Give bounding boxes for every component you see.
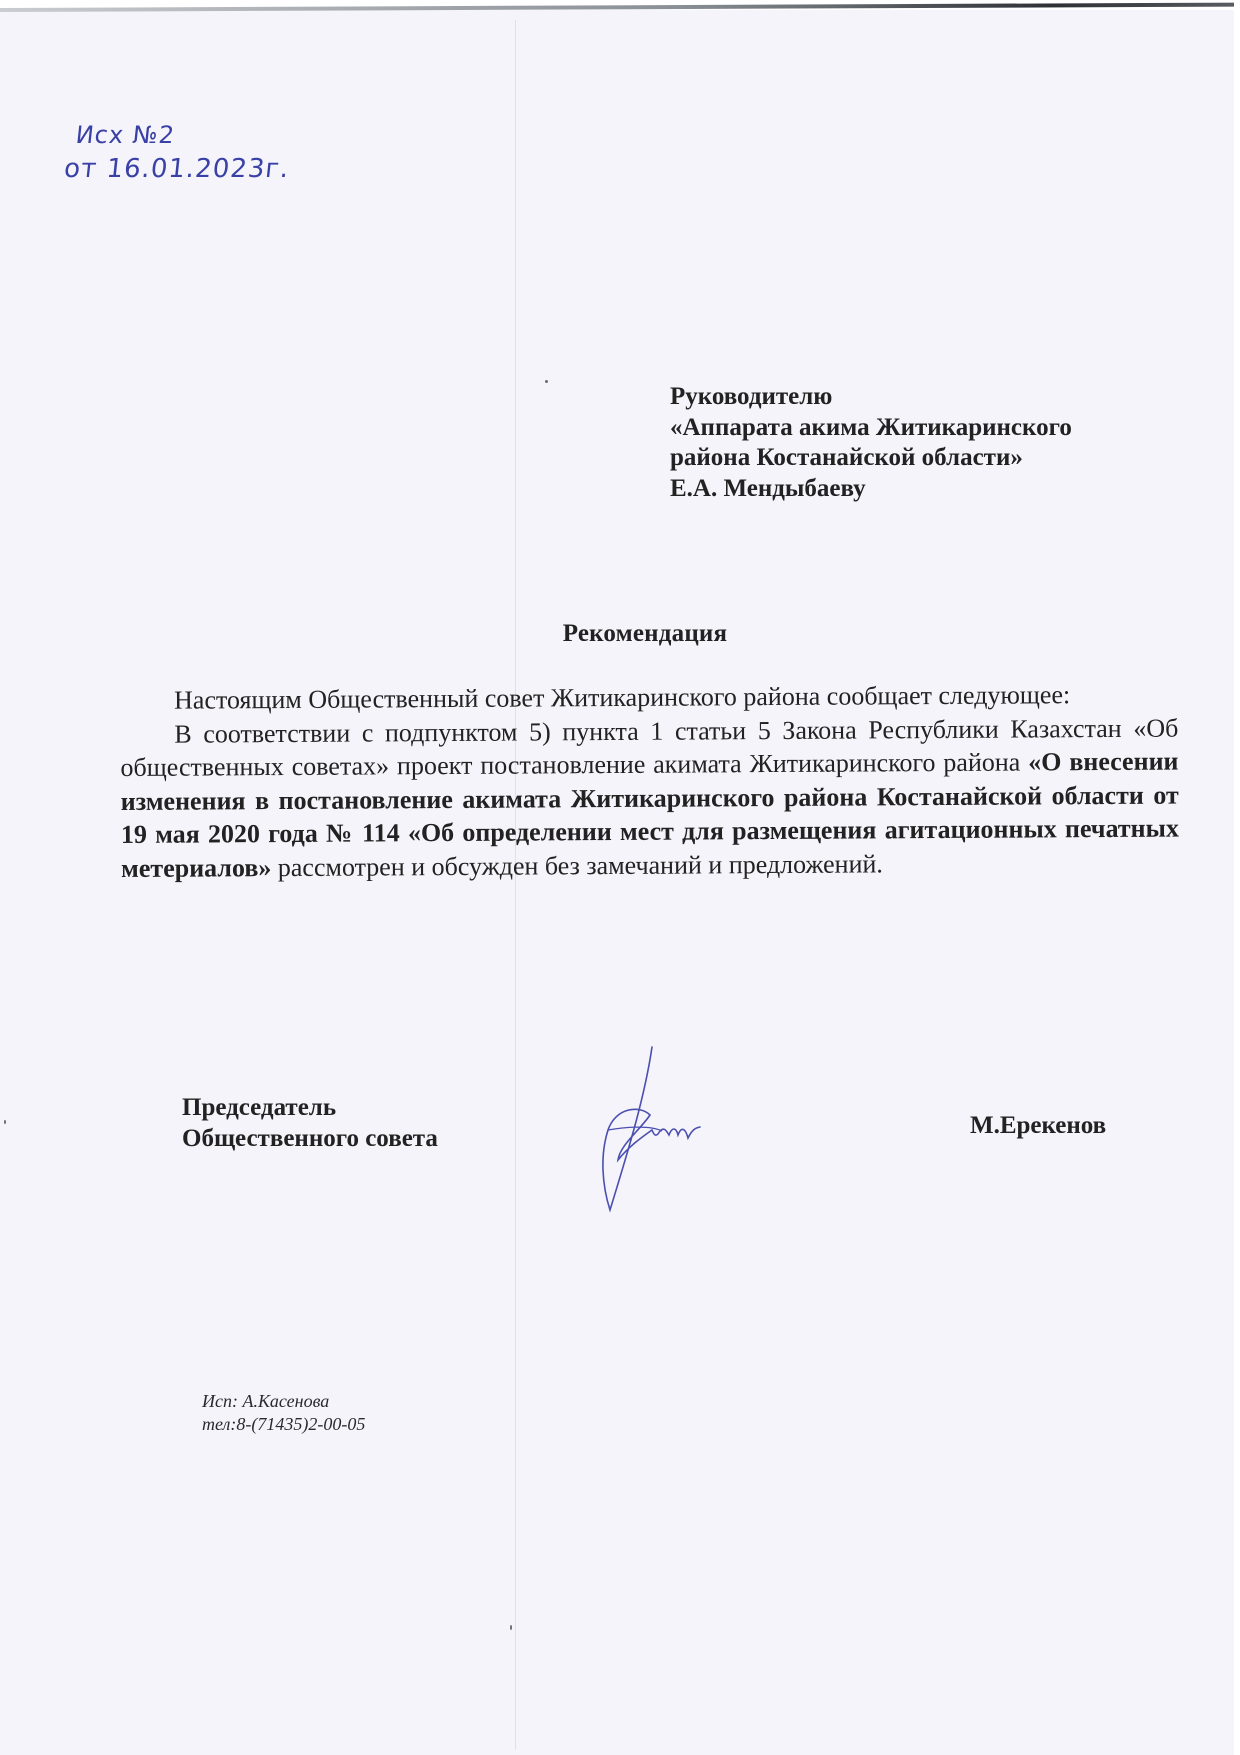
executor-name: Исп: А.Касенова bbox=[202, 1390, 365, 1413]
contact-info: Исп: А.Касенова тел:8-(71435)2-00-05 bbox=[202, 1390, 365, 1436]
position-line: Общественного совета bbox=[182, 1123, 438, 1154]
scan-fold-line bbox=[515, 20, 516, 1750]
paragraph-2-outro: рассмотрен и обсужден без замечаний и пр… bbox=[271, 849, 883, 882]
handwritten-outgoing-number: Исх №2 от 16.01.2023г. bbox=[62, 118, 294, 186]
scan-speck bbox=[545, 380, 548, 383]
addressee-line: района Костанайской области» bbox=[670, 443, 1190, 474]
signatory-position: Председатель Общественного совета bbox=[182, 1092, 438, 1154]
body-paragraph-2: В соответствии с подпунктом 5) пункта 1 … bbox=[120, 711, 1179, 885]
handwritten-signature-icon bbox=[590, 1035, 740, 1235]
document-title: Рекомендация bbox=[0, 620, 1240, 648]
addressee-line: Руководителю bbox=[670, 382, 1190, 413]
signatory-name: М.Ерекенов bbox=[970, 1112, 1106, 1140]
scan-right-margin bbox=[1234, 0, 1240, 1755]
outgoing-number: Исх №2 bbox=[66, 118, 295, 152]
addressee-line: «Аппарата акима Житикаринского bbox=[670, 413, 1190, 444]
scan-speck bbox=[4, 1120, 6, 1124]
outgoing-date: от 16.01.2023г. bbox=[62, 152, 291, 186]
paragraph-2-intro: В соответствии с подпунктом 5) пункта 1 … bbox=[120, 713, 1178, 782]
addressee-line: Е.А. Мендыбаеву bbox=[670, 474, 1190, 505]
position-line: Председатель bbox=[182, 1092, 438, 1123]
executor-phone: тел:8-(71435)2-00-05 bbox=[202, 1413, 365, 1436]
addressee-block: Руководителю «Аппарата акима Житикаринск… bbox=[670, 382, 1190, 504]
scan-speck bbox=[510, 1625, 512, 1630]
document-body: Настоящим Общественный совет Житикаринск… bbox=[120, 678, 1179, 885]
